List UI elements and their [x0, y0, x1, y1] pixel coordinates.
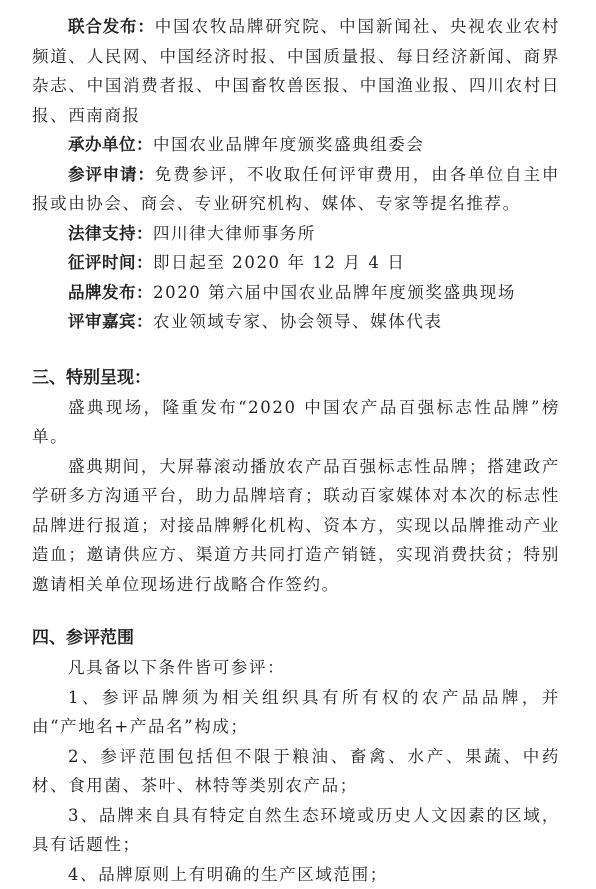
field-value: 即日起至 2020 年 12 月 4 日 — [153, 253, 405, 272]
section-heading-scope: 四、参评范围 — [32, 623, 560, 653]
field-label: 评审嘉宾： — [68, 312, 153, 331]
section-heading-special: 三、特别呈现： — [32, 363, 560, 393]
spacer — [32, 337, 560, 363]
field-label: 征评时间： — [68, 253, 153, 272]
document-body: 联合发布：中国农牧品牌研究院、中国新闻社、央视农业农村频道、人民网、中国经济时报… — [32, 12, 560, 889]
list-item: 3、品牌来自具有特定自然生态环境或历史人文因素的区域，具有话题性； — [32, 801, 560, 860]
field-label: 承办单位： — [68, 135, 153, 154]
list-item: 2、参评范围包括但不限于粮油、畜禽、水产、果蔬、中药材、食用菌、茶叶、林特等类别… — [32, 742, 560, 801]
spacer — [32, 599, 560, 623]
field-legal-support: 法律支持：四川律大律师事务所 — [32, 219, 560, 249]
field-application: 参评申请：免费参评，不收取任何评审费用，由各单位自主申报或由协会、商会、专业研究… — [32, 160, 560, 219]
field-joint-release: 联合发布：中国农牧品牌研究院、中国新闻社、央视农业农村频道、人民网、中国经济时报… — [32, 12, 560, 130]
field-label: 联合发布： — [68, 17, 155, 36]
field-evaluation-period: 征评时间：即日起至 2020 年 12 月 4 日 — [32, 248, 560, 278]
field-brand-release: 品牌发布：2020 第六届中国农业品牌年度颁奖盛典现场 — [32, 278, 560, 308]
list-item: 1、参评品牌须为相关组织具有所有权的农产品品牌，并由“产地名+产品名”构成； — [32, 683, 560, 742]
field-value: 2020 第六届中国农业品牌年度颁奖盛典现场 — [153, 283, 516, 302]
list-item: 4、品牌原则上有明确的生产区域范围； — [32, 860, 560, 889]
paragraph-intro: 凡具备以下条件皆可参评： — [32, 653, 560, 683]
paragraph: 盛典现场，隆重发布“2020 中国农产品百强标志性品牌”榜单。 — [32, 393, 560, 452]
paragraph: 盛典期间，大屏幕滚动播放农产品百强标志性品牌；搭建政产学研多方沟通平台，助力品牌… — [32, 452, 560, 600]
field-label: 法律支持： — [68, 224, 153, 243]
field-review-guests: 评审嘉宾：农业领域专家、协会领导、媒体代表 — [32, 307, 560, 337]
field-label: 参评申请： — [68, 165, 155, 184]
field-label: 品牌发布： — [68, 283, 153, 302]
field-organizer: 承办单位：中国农业品牌年度颁奖盛典组委会 — [32, 130, 560, 160]
field-value: 中国农业品牌年度颁奖盛典组委会 — [153, 135, 425, 154]
field-value: 四川律大律师事务所 — [153, 224, 316, 243]
field-value: 农业领域专家、协会领导、媒体代表 — [153, 312, 443, 331]
